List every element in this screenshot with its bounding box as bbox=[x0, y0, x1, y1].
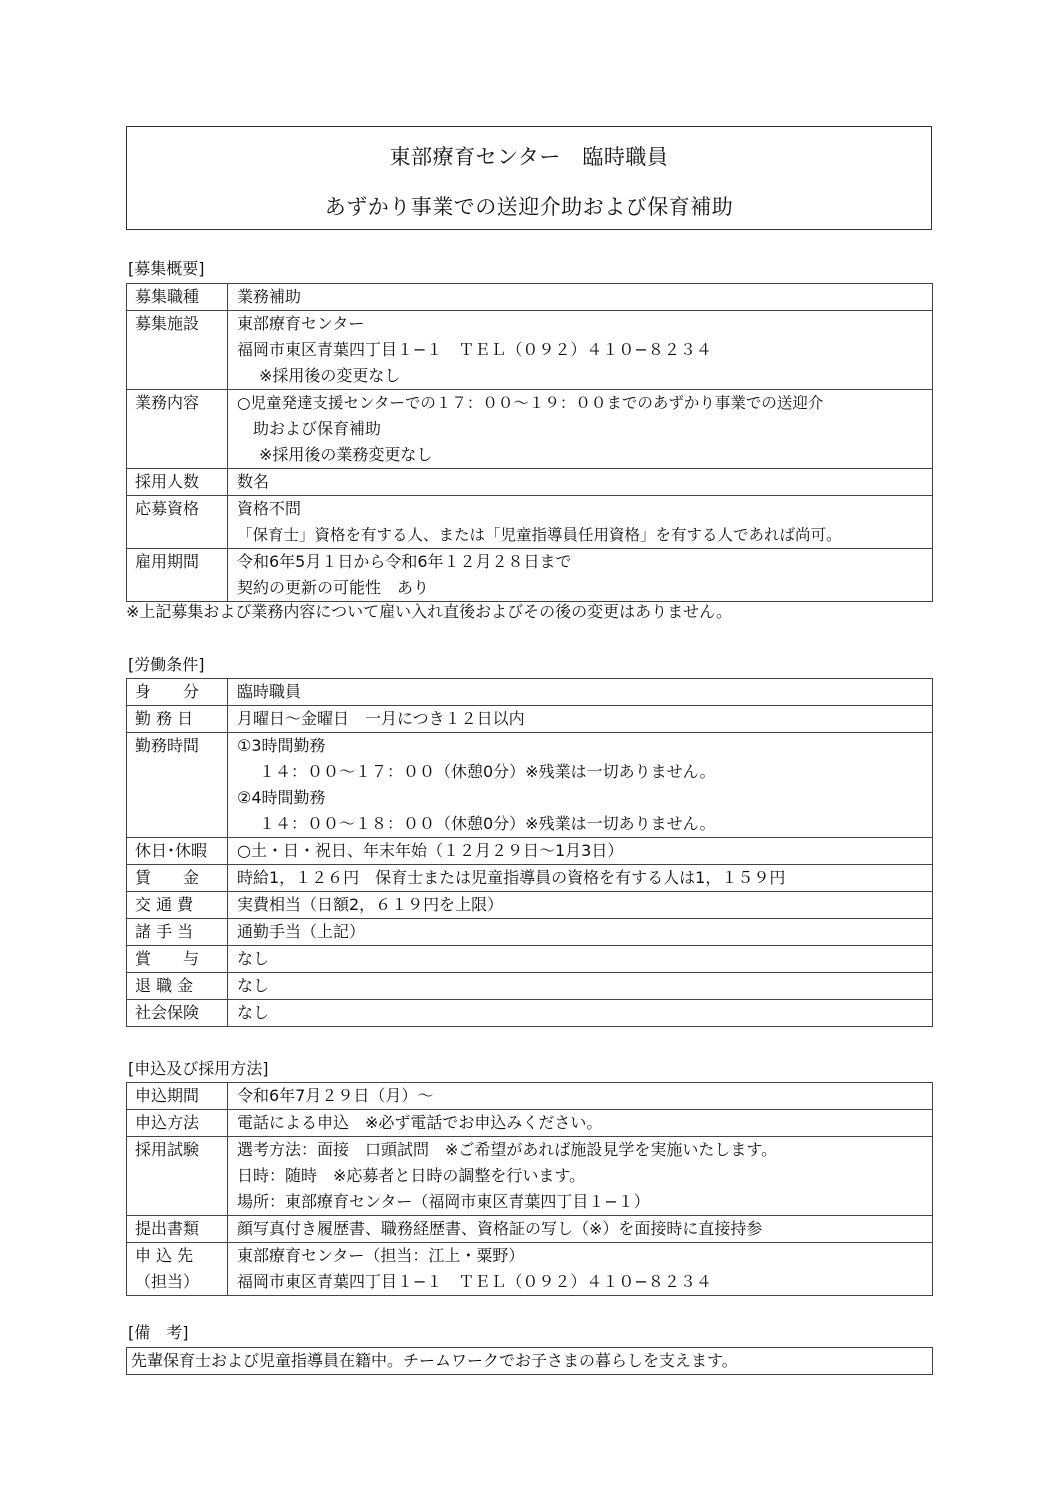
recruitment-footnote: ※上記募集および業務内容について雇い入れ直後およびその後の変更はありません。 bbox=[126, 601, 732, 623]
row-key: 募集施設 bbox=[127, 311, 228, 390]
document-title: 東部療育センター 臨時職員 bbox=[127, 141, 931, 171]
row-value: なし bbox=[228, 1000, 933, 1027]
value-line: ○児童発達支援センターでの１７：００〜１９：００までのあずかり事業での送迎介 bbox=[237, 390, 932, 416]
row-value: 顔写真付き履歴書、職務経歴書、資格証の写し（※）を面接時に直接持参 bbox=[228, 1216, 933, 1243]
section-label-application: [申込及び採用方法] bbox=[128, 1059, 269, 1079]
row-key: 諸 手 当 bbox=[127, 919, 228, 946]
value-line: 資格不問 bbox=[237, 496, 932, 522]
table-row: 身 分 臨時職員 bbox=[127, 679, 933, 706]
table-row: 先輩保育士および児童指導員在籍中。チームワークでお子さまの暮らしを支えます。 bbox=[127, 1348, 933, 1375]
table-row: 賞 与 なし bbox=[127, 946, 933, 973]
row-value: 通勤手当（上記） bbox=[228, 919, 933, 946]
row-key: 雇用期間 bbox=[127, 549, 228, 602]
value-line: なし bbox=[237, 973, 932, 999]
table-row: 業務内容 ○児童発達支援センターでの１７：００〜１９：００までのあずかり事業での… bbox=[127, 390, 933, 469]
value-line: ○土・日・祝日、年末年始（１２月２９日〜1月3日） bbox=[237, 838, 932, 864]
row-value: ○児童発達支援センターでの１７：００〜１９：００までのあずかり事業での送迎介 助… bbox=[228, 390, 933, 469]
document-title-box: 東部療育センター 臨時職員 あずかり事業での送迎介助および保育補助 bbox=[126, 126, 932, 230]
row-value: 実費相当（日額2，６１９円を上限） bbox=[228, 892, 933, 919]
value-line: 数名 bbox=[237, 469, 932, 495]
table-row: 申 込 先 （担当） 東部療育センター（担当：江上・粟野） 福岡市東区青葉四丁目… bbox=[127, 1243, 933, 1296]
remarks-table: 先輩保育士および児童指導員在籍中。チームワークでお子さまの暮らしを支えます。 bbox=[126, 1347, 933, 1375]
conditions-table: 身 分 臨時職員 勤 務 日 月曜日〜金曜日 一月につき１２日以内 勤務時間 ①… bbox=[126, 678, 933, 1027]
row-key: 申込方法 bbox=[127, 1110, 228, 1137]
value-line: ②4時間勤務 bbox=[237, 785, 932, 811]
row-value: ①3時間勤務 １４：００〜１７：００（休憩0分）※残業は一切ありません。 ②4時… bbox=[228, 733, 933, 838]
row-key: 採用人数 bbox=[127, 469, 228, 496]
row-key: 社会保険 bbox=[127, 1000, 228, 1027]
row-key: 賃 金 bbox=[127, 865, 228, 892]
table-row: 社会保険 なし bbox=[127, 1000, 933, 1027]
value-line: 顔写真付き履歴書、職務経歴書、資格証の写し（※）を面接時に直接持参 bbox=[237, 1216, 932, 1242]
value-line: 日時：随時 ※応募者と日時の調整を行います。 bbox=[237, 1163, 932, 1189]
row-key: 休日･休暇 bbox=[127, 838, 228, 865]
table-row: 勤務時間 ①3時間勤務 １４：００〜１７：００（休憩0分）※残業は一切ありません… bbox=[127, 733, 933, 838]
value-line: ※採用後の業務変更なし bbox=[237, 442, 932, 468]
row-key: 申 込 先 （担当） bbox=[127, 1243, 228, 1296]
value-line: 福岡市東区青葉四丁目１−１ ＴＥＬ（０９２）４１０−８２３４ bbox=[237, 1269, 932, 1295]
table-row: 退 職 金 なし bbox=[127, 973, 933, 1000]
row-value: ○土・日・祝日、年末年始（１２月２９日〜1月3日） bbox=[228, 838, 933, 865]
row-value: なし bbox=[228, 973, 933, 1000]
value-line: 通勤手当（上記） bbox=[237, 919, 932, 945]
value-line: 臨時職員 bbox=[237, 679, 932, 705]
value-line: １４：００〜１８：００（休憩0分）※残業は一切ありません。 bbox=[237, 811, 932, 837]
value-line: 実費相当（日額2，６１９円を上限） bbox=[237, 892, 932, 918]
table-row: 提出書類 顔写真付き履歴書、職務経歴書、資格証の写し（※）を面接時に直接持参 bbox=[127, 1216, 933, 1243]
value-line: 場所：東部療育センター（福岡市東区青葉四丁目１−１） bbox=[237, 1189, 932, 1215]
row-key: 身 分 bbox=[127, 679, 228, 706]
recruitment-table: 募集職種 業務補助 募集施設 東部療育センター 福岡市東区青葉四丁目１−１ ＴＥ… bbox=[126, 283, 933, 602]
row-value: なし bbox=[228, 946, 933, 973]
value-line: 東部療育センター bbox=[237, 311, 932, 337]
value-line: 東部療育センター（担当：江上・粟野） bbox=[237, 1243, 932, 1269]
value-line: 契約の更新の可能性 あり bbox=[237, 575, 932, 601]
remarks-text: 先輩保育士および児童指導員在籍中。チームワークでお子さまの暮らしを支えます。 bbox=[127, 1348, 933, 1375]
table-row: 雇用期間 令和6年5月１日から令和6年１２月２８日まで 契約の更新の可能性 あり bbox=[127, 549, 933, 602]
row-value: 電話による申込 ※必ず電話でお申込みください。 bbox=[228, 1110, 933, 1137]
row-value: 令和6年5月１日から令和6年１２月２８日まで 契約の更新の可能性 あり bbox=[228, 549, 933, 602]
table-row: 募集施設 東部療育センター 福岡市東区青葉四丁目１−１ ＴＥＬ（０９２）４１０−… bbox=[127, 311, 933, 390]
row-key: 勤務時間 bbox=[127, 733, 228, 838]
table-row: 採用人数 数名 bbox=[127, 469, 933, 496]
table-row: 賃 金 時給1，１２６円 保育士または児童指導員の資格を有する人は1，１５９円 bbox=[127, 865, 933, 892]
table-row: 募集職種 業務補助 bbox=[127, 284, 933, 311]
value-line: なし bbox=[237, 1000, 932, 1026]
row-value: 令和6年7月２９日（月）〜 bbox=[228, 1083, 933, 1110]
row-value: 月曜日〜金曜日 一月につき１２日以内 bbox=[228, 706, 933, 733]
row-key: 応募資格 bbox=[127, 496, 228, 549]
section-label-remarks: [備 考] bbox=[128, 1323, 189, 1343]
section-label-conditions: [労働条件] bbox=[128, 655, 205, 675]
row-key: 交 通 費 bbox=[127, 892, 228, 919]
row-value: 資格不問 「保育士」資格を有する人、または「児童指導員任用資格」を有する人であれ… bbox=[228, 496, 933, 549]
table-row: 申込方法 電話による申込 ※必ず電話でお申込みください。 bbox=[127, 1110, 933, 1137]
table-row: 応募資格 資格不問 「保育士」資格を有する人、または「児童指導員任用資格」を有す… bbox=[127, 496, 933, 549]
table-row: 採用試験 選考方法：面接 口頭試問 ※ご希望があれば施設見学を実施いたします。 … bbox=[127, 1137, 933, 1216]
row-value: 時給1，１２６円 保育士または児童指導員の資格を有する人は1，１５９円 bbox=[228, 865, 933, 892]
table-row: 勤 務 日 月曜日〜金曜日 一月につき１２日以内 bbox=[127, 706, 933, 733]
row-key: 募集職種 bbox=[127, 284, 228, 311]
row-key: 採用試験 bbox=[127, 1137, 228, 1216]
row-key: 退 職 金 bbox=[127, 973, 228, 1000]
row-key: 賞 与 bbox=[127, 946, 228, 973]
row-key: 業務内容 bbox=[127, 390, 228, 469]
row-key: 申込期間 bbox=[127, 1083, 228, 1110]
value-line: 令和6年5月１日から令和6年１２月２８日まで bbox=[237, 549, 932, 575]
key-line: （担当） bbox=[135, 1269, 227, 1295]
value-line: 福岡市東区青葉四丁目１−１ ＴＥＬ（０９２）４１０−８２３４ bbox=[237, 337, 932, 363]
row-value: 選考方法：面接 口頭試問 ※ご希望があれば施設見学を実施いたします。 日時：随時… bbox=[228, 1137, 933, 1216]
table-row: 諸 手 当 通勤手当（上記） bbox=[127, 919, 933, 946]
value-line: 電話による申込 ※必ず電話でお申込みください。 bbox=[237, 1110, 932, 1136]
value-line: １４：００〜１７：００（休憩0分）※残業は一切ありません。 bbox=[237, 759, 932, 785]
value-line: 業務補助 bbox=[237, 284, 932, 310]
row-value: 業務補助 bbox=[228, 284, 933, 311]
row-value: 臨時職員 bbox=[228, 679, 933, 706]
value-line: 時給1，１２６円 保育士または児童指導員の資格を有する人は1，１５９円 bbox=[237, 865, 932, 891]
row-key: 提出書類 bbox=[127, 1216, 228, 1243]
section-label-recruitment: [募集概要] bbox=[128, 259, 205, 279]
table-row: 交 通 費 実費相当（日額2，６１９円を上限） bbox=[127, 892, 933, 919]
row-value: 東部療育センター（担当：江上・粟野） 福岡市東区青葉四丁目１−１ ＴＥＬ（０９２… bbox=[228, 1243, 933, 1296]
key-line: 申 込 先 bbox=[135, 1243, 227, 1269]
row-key: 勤 務 日 bbox=[127, 706, 228, 733]
value-line: 「保育士」資格を有する人、または「児童指導員任用資格」を有する人であれば尚可。 bbox=[237, 522, 932, 548]
value-line: 助および保育補助 bbox=[237, 416, 932, 442]
row-value: 東部療育センター 福岡市東区青葉四丁目１−１ ＴＥＬ（０９２）４１０−８２３４ … bbox=[228, 311, 933, 390]
value-line: ※採用後の変更なし bbox=[237, 363, 932, 389]
table-row: 申込期間 令和6年7月２９日（月）〜 bbox=[127, 1083, 933, 1110]
document-subtitle: あずかり事業での送迎介助および保育補助 bbox=[127, 191, 931, 221]
row-value: 数名 bbox=[228, 469, 933, 496]
application-table: 申込期間 令和6年7月２９日（月）〜 申込方法 電話による申込 ※必ず電話でお申… bbox=[126, 1082, 933, 1296]
value-line: 令和6年7月２９日（月）〜 bbox=[237, 1083, 932, 1109]
value-line: 選考方法：面接 口頭試問 ※ご希望があれば施設見学を実施いたします。 bbox=[237, 1137, 932, 1163]
value-line: ①3時間勤務 bbox=[237, 733, 932, 759]
value-line: なし bbox=[237, 946, 932, 972]
value-line: 月曜日〜金曜日 一月につき１２日以内 bbox=[237, 706, 932, 732]
table-row: 休日･休暇 ○土・日・祝日、年末年始（１２月２９日〜1月3日） bbox=[127, 838, 933, 865]
